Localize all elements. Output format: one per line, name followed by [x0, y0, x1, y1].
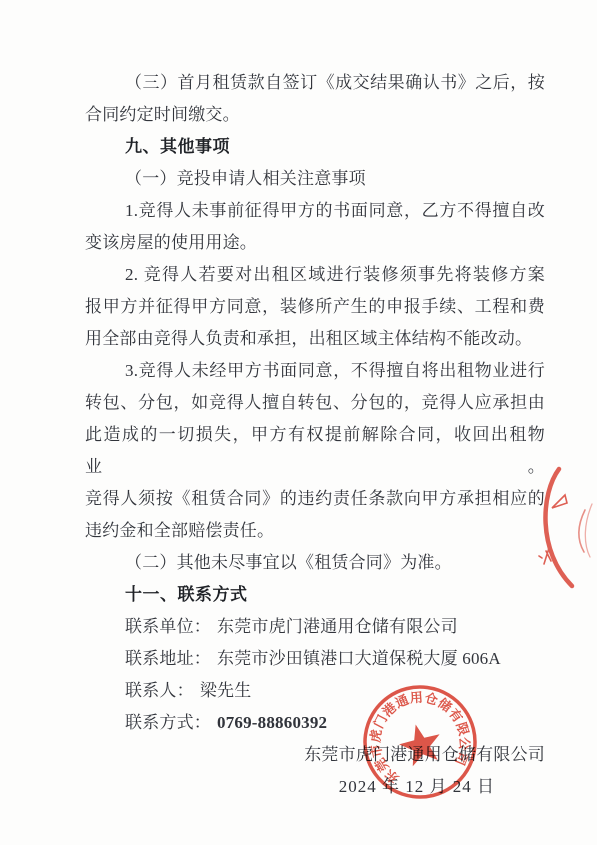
body-line: 竞得人须按《租赁合同》的违约责任条款向甲方承担相应的 [85, 483, 545, 515]
contact-unit-label: 联系单位： [125, 617, 211, 636]
edge-seal [539, 469, 592, 586]
edge-seal-inner-arc [579, 510, 585, 552]
contact-person-value: 梁先生 [200, 681, 252, 700]
section-heading-nine: 九、其他事项 [85, 131, 545, 163]
signature-company: 东莞市虎门港通用仓储有限公司 [85, 739, 545, 771]
document-content: （三）首月租赁款自签订《成交结果确认书》之后，按 合同约定时间缴交。 九、其他事… [85, 67, 545, 803]
signature-date: 2024 年 12 月 24 日 [85, 771, 545, 803]
body-line: （二）其他未尽事宜以《租赁合同》为准。 [85, 547, 545, 579]
contact-address-label: 联系地址： [125, 649, 211, 668]
body-line: 报甲方并征得甲方同意，装修所产生的申报手续、工程和费 [85, 291, 545, 323]
contact-phone-line: 联系方式：0769-88860392 [85, 707, 545, 739]
edge-seal-inner-arc-2 [585, 504, 592, 557]
body-line: 合同约定时间缴交。 [85, 99, 545, 131]
body-line: 1.竞得人未事前征得甲方的书面同意，乙方不得擅自改 [85, 195, 545, 227]
contact-unit-line: 联系单位：东莞市虎门港通用仓储有限公司 [85, 611, 545, 643]
body-line: 违约金和全部赔偿责任。 [85, 515, 545, 547]
contact-phone-label: 联系方式： [125, 713, 211, 732]
edge-seal-marks [552, 495, 567, 508]
body-line: 此造成的一切损失，甲方有权提前解除合同，收回出租物业。 [85, 419, 545, 483]
body-line: 3.竞得人未经甲方书面同意，不得擅自将出租物业进行 [85, 355, 545, 387]
body-line: 变该房屋的使用用途。 [85, 227, 545, 259]
contact-address-value: 东莞市沙田镇港口大道保税大厦 606A [217, 649, 501, 668]
contact-person-label: 联系人： [125, 681, 194, 700]
contact-person-line: 联系人：梁先生 [85, 675, 545, 707]
body-line: （三）首月租赁款自签订《成交结果确认书》之后，按 [85, 67, 545, 99]
edge-seal-arc [545, 469, 572, 586]
body-line: 转包、分包，如竞得人擅自转包、分包的，竞得人应承担由 [85, 387, 545, 419]
body-line: 用全部由竞得人负责和承担，出租区域主体结构不能改动。 [85, 323, 545, 355]
document-page: （三）首月租赁款自签订《成交结果确认书》之后，按 合同约定时间缴交。 九、其他事… [0, 0, 597, 845]
contact-unit-value: 东莞市虎门港通用仓储有限公司 [217, 617, 458, 636]
contact-phone-value: 0769-88860392 [217, 713, 327, 732]
body-line: （一）竞投申请人相关注意事项 [85, 163, 545, 195]
section-heading-eleven: 十一、联系方式 [85, 579, 545, 611]
body-line: 2. 竞得人若要对出租区域进行装修须事先将装修方案 [85, 259, 545, 291]
contact-address-line: 联系地址：东莞市沙田镇港口大道保税大厦 606A [85, 643, 545, 675]
